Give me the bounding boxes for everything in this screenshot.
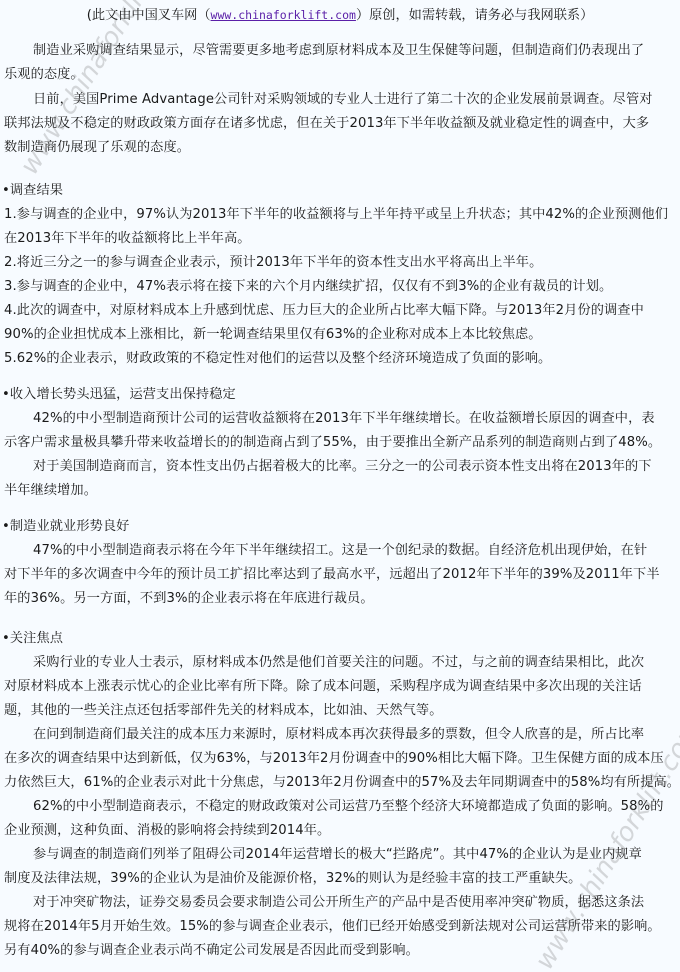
paragraph-line: 5.62%的企业表示，财政政策的不稳定性对他们的运营以及整个经济环境造成了负面的… bbox=[4, 350, 680, 368]
paragraph-line: 62%的中小型制造商表示，不稳定的财政政策对公司运营乃至整个经济大环境都造成了负… bbox=[33, 798, 680, 816]
paragraph-line: 制造业采购调查结果显示，尽管需要更多地考虑到原材料成本及卫生保健等问题，但制造商… bbox=[33, 42, 680, 60]
section-heading: •收入增长势头迅猛，运营支出保持稳定 bbox=[2, 386, 678, 404]
paragraph-line: 在2013年下半年的收益额将比上半年高。 bbox=[4, 230, 680, 248]
paragraph-line: 在问到制造商们最关注的成本压力来源时，原材料成本再次获得最多的票数，但令人欣喜的… bbox=[33, 726, 680, 744]
source-link[interactable]: www.chinaforklift.com bbox=[211, 8, 356, 22]
paragraph-line: 日前，美国Prime Advantage公司针对采购领域的专业人士进行了第二十次… bbox=[33, 91, 680, 109]
paragraph-line: 乐观的态度。 bbox=[4, 66, 680, 84]
paragraph-line: 4.此次的调查中，对原材料成本上升感到忧虑、压力巨大的企业所占比率大幅下降。与2… bbox=[4, 302, 680, 320]
paragraph-line: 在多次的调查结果中达到新低，仅为63%，与2013年2月份调查中的90%相比大幅… bbox=[4, 750, 680, 768]
paragraph-line: 另有40%的参与调查企业表示尚不确定公司发展是否因此而受到影响。 bbox=[4, 942, 680, 960]
paragraph-line: 对于冲突矿物法，证券交易委员会要求制造公司公开所生产的产品中是否使用率冲突矿物质… bbox=[33, 894, 680, 912]
source-notice: (此文由中国叉车网（www.chinaforklift.com）原创，如需转载，… bbox=[0, 6, 680, 25]
paragraph-line: 规将在2014年5月开始生效。15%的参与调查企业表示，他们已经开始感受到新法规… bbox=[4, 918, 680, 936]
paragraph-line: 示客户需求量极具攀升带来收益增长的的制造商占到了55%，由于要推出全新产品系列的… bbox=[4, 434, 680, 452]
section-heading: •调查结果 bbox=[2, 182, 678, 200]
paragraph-line: 42%的中小型制造商预计公司的运营收益额将在2013年下半年继续增长。在收益额增… bbox=[33, 410, 680, 428]
paragraph-line: 对下半年的多次调查中今年的预计员工扩招比率达到了最高水平，远超出了2012年下半… bbox=[4, 566, 680, 584]
section-heading: •制造业就业形势良好 bbox=[2, 518, 678, 536]
paragraph-line: 半年继续增加。 bbox=[4, 482, 680, 500]
paragraph-line: 年的36%。另一方面，不到3%的企业表示将在年底进行裁员。 bbox=[4, 590, 680, 608]
paragraph-line: 参与调查的制造商们列举了阻碍公司2014年运营增长的极大“拦路虎”。其中47%的… bbox=[33, 846, 680, 864]
source-notice-prefix: (此文由中国叉车网（ bbox=[87, 8, 211, 23]
paragraph-line: 对原材料成本上涨表示忧心的企业比率有所下降。除了成本问题，采购程序成为调查结果中… bbox=[4, 678, 680, 696]
paragraph-line: 47%的中小型制造商表示将在今年下半年继续招工。这是一个创纪录的数据。自经济危机… bbox=[33, 542, 680, 560]
paragraph-line: 1.参与调查的企业中，97%认为2013年下半年的收益额将与上半年持平或呈上升状… bbox=[4, 206, 680, 224]
paragraph-line: 2.将近三分之一的参与调查企业表示，预计2013年下半年的资本性支出水平将高出上… bbox=[4, 254, 680, 272]
paragraph-line: 3.参与调查的企业中，47%表示将在接下来的六个月内继续扩招，仅仅有不到3%的企… bbox=[4, 278, 680, 296]
paragraph-line: 联邦法规及不稳定的财政政策方面存在诸多忧虑，但在关于2013年下半年收益额及就业… bbox=[4, 115, 680, 133]
paragraph-line: 制度及法律法规，39%的企业认为是油价及能源价格，32%的则认为是经验丰富的技工… bbox=[4, 870, 680, 888]
paragraph-line: 采购行业的专业人士表示，原材料成本仍然是他们首要关注的问题。不过，与之前的调查结… bbox=[33, 654, 680, 672]
source-notice-suffix: ）原创，如需转载，请务必与我网联系） bbox=[356, 8, 593, 23]
paragraph-line: 对于美国制造商而言，资本性支出仍占据着极大的比率。三分之一的公司表示资本性支出将… bbox=[33, 458, 680, 476]
paragraph-line: 数制造商仍展现了乐观的态度。 bbox=[4, 139, 680, 157]
paragraph-line: 90%的企业担忧成本上涨相比，新一轮调查结果里仅有63%的企业称对成本上本比较焦… bbox=[4, 326, 680, 344]
paragraph-line: 企业预测，这种负面、消极的影响将会持续到2014年。 bbox=[4, 822, 680, 840]
section-heading: •关注焦点 bbox=[2, 630, 678, 648]
paragraph-line: 力依然巨大，61%的企业表示对此十分焦虑，与2013年2月份调查中的57%及去年… bbox=[4, 774, 680, 792]
paragraph-line: 题，其他的一些关注点还包括零部件先关的材料成本，比如油、天然气等。 bbox=[4, 702, 680, 720]
